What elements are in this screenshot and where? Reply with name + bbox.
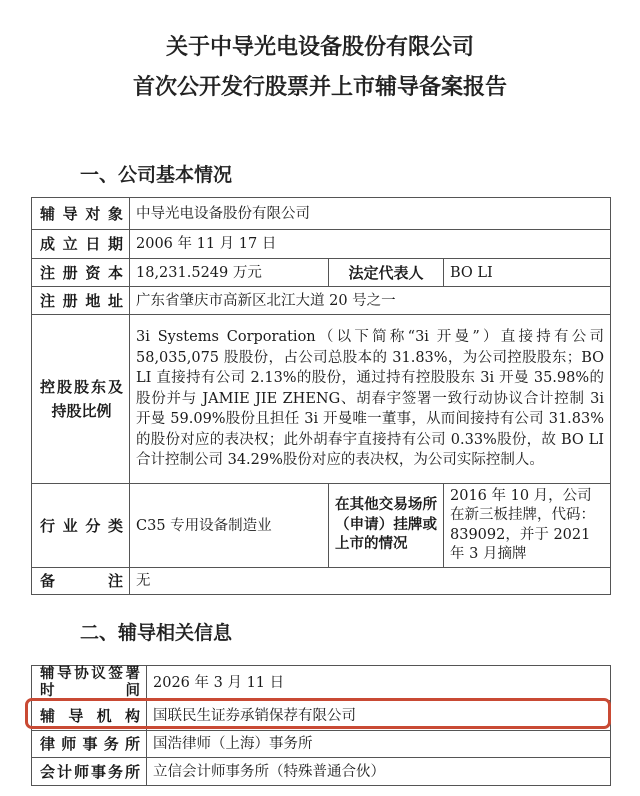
section2-heading: 二、辅导相关信息: [80, 618, 232, 645]
document-title-line2: 首次公开发行股票并上市辅导备案报告: [0, 70, 640, 101]
table-row-capital: 注册资本 18,231.5249 万元 法定代表人 BO LI: [32, 259, 611, 287]
label-agreement-date-line1: 辅导协议签署: [40, 666, 140, 683]
value-accounting-firm: 立信会计师事务所（特殊普通合伙）: [147, 758, 611, 786]
label-listing: 在其他交易场所（申请）挂牌或上市的情况: [329, 484, 444, 568]
label-accounting-firm: 会计师事务所: [32, 758, 147, 786]
value-shareholders: 3i Systems Corporation（以下简称“3i 开曼”）直接持有公…: [130, 315, 611, 484]
value-agreement-date: 2026 年 3 月 11 日: [147, 666, 611, 701]
label-remarks: 备 注: [32, 568, 130, 595]
document-title-line1: 关于中导光电设备股份有限公司: [0, 30, 640, 61]
label-law-firm: 律师事务所: [32, 731, 147, 758]
label-established: 成立日期: [32, 230, 130, 259]
value-established: 2006 年 11 月 17 日: [130, 230, 611, 259]
label-industry: 行业分类: [32, 484, 130, 568]
label-legal-rep: 法定代表人: [329, 259, 444, 287]
value-law-firm: 国浩律师（上海）事务所: [147, 731, 611, 758]
table-row-remarks: 备 注 无: [32, 568, 611, 595]
section1-heading: 一、公司基本情况: [80, 160, 232, 187]
value-capital: 18,231.5249 万元: [130, 259, 329, 287]
table-row-shareholders: 控股股东及持股比例 3i Systems Corporation（以下简称“3i…: [32, 315, 611, 484]
label-subject: 辅导对象: [32, 198, 130, 230]
label-remarks-b: 注: [108, 570, 123, 592]
value-industry: C35 专用设备制造业: [130, 484, 329, 568]
value-subject: 中导光电设备股份有限公司: [130, 198, 611, 230]
company-basic-info-table: 辅导对象 中导光电设备股份有限公司 成立日期 2006 年 11 月 17 日 …: [31, 197, 611, 595]
label-capital: 注册资本: [32, 259, 130, 287]
value-address: 广东省肇庆市高新区北江大道 20 号之一: [130, 287, 611, 315]
value-remarks: 无: [130, 568, 611, 595]
label-address: 注册地址: [32, 287, 130, 315]
table-row-law-firm: 律师事务所 国浩律师（上海）事务所: [32, 731, 611, 758]
table-row-agreement-date: 辅导协议签署 时 间 2026 年 3 月 11 日: [32, 666, 611, 701]
label-agreement-date: 辅导协议签署 时 间: [32, 666, 147, 701]
value-listing: 2016 年 10 月，公司在新三板挂牌，代码：839092，并于 2021 年…: [444, 484, 611, 568]
table-row-address: 注册地址 广东省肇庆市高新区北江大道 20 号之一: [32, 287, 611, 315]
highlight-box-institution: [25, 698, 611, 729]
table-row-industry: 行业分类 C35 专用设备制造业 在其他交易场所（申请）挂牌或上市的情况 201…: [32, 484, 611, 568]
label-shareholders: 控股股东及持股比例: [32, 315, 130, 484]
table-row-subject: 辅导对象 中导光电设备股份有限公司: [32, 198, 611, 230]
table-row-established: 成立日期 2006 年 11 月 17 日: [32, 230, 611, 259]
value-legal-rep: BO LI: [444, 259, 611, 287]
table-row-accounting-firm: 会计师事务所 立信会计师事务所（特殊普通合伙）: [32, 758, 611, 786]
label-remarks-a: 备: [40, 570, 55, 592]
